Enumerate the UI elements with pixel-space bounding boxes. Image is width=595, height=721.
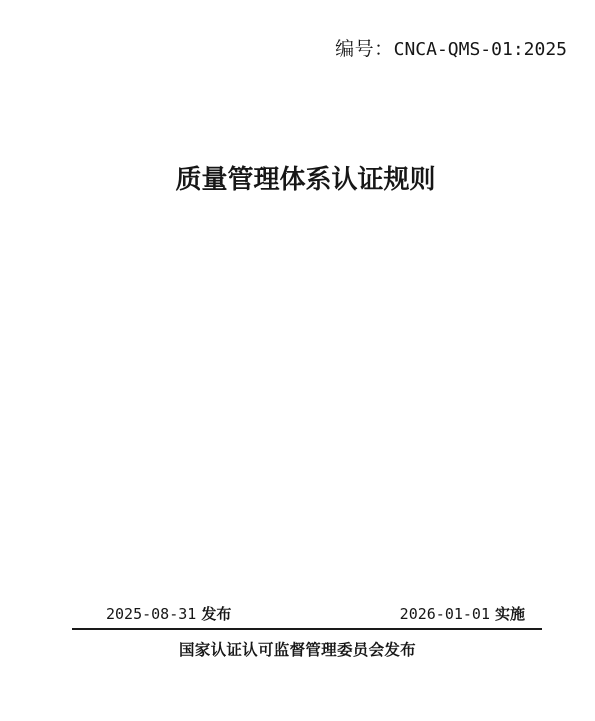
release-date-value: 2025-08-31	[106, 605, 196, 623]
document-page: 编号：CNCA-QMS-01:2025 质量管理体系认证规则 2025-08-3…	[0, 0, 595, 721]
implementation-date-line: 2026-01-01实施	[400, 605, 525, 624]
release-date-label: 发布	[201, 606, 231, 623]
implementation-date-label: 实施	[495, 606, 525, 623]
document-title: 质量管理体系认证规则	[0, 163, 595, 195]
document-number: 编号：CNCA-QMS-01:2025	[335, 39, 567, 61]
document-number-label: 编号：	[335, 39, 394, 60]
footer-divider	[72, 628, 542, 630]
release-date-line: 2025-08-31发布	[106, 605, 231, 624]
document-number-value: CNCA-QMS-01:2025	[394, 39, 567, 60]
implementation-date-value: 2026-01-01	[400, 605, 490, 623]
publisher-line: 国家认证认可监督管理委员会发布	[0, 642, 595, 660]
